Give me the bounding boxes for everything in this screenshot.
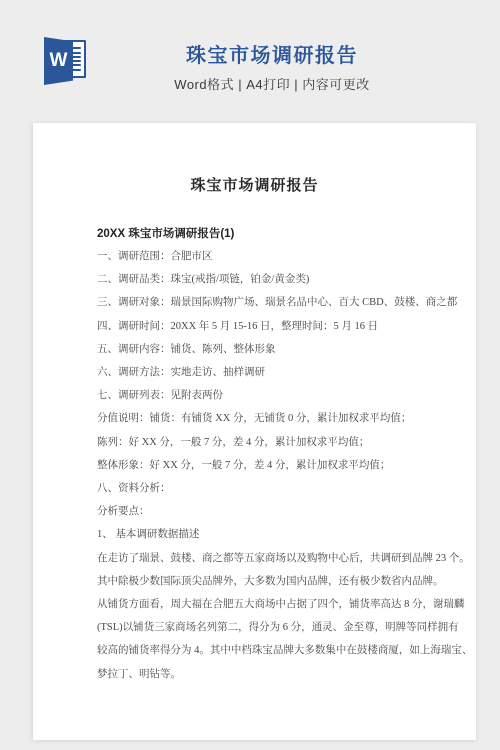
document-title: 珠宝市场调研报告: [97, 175, 412, 197]
doc-line: 陈列：好 XX 分，一般 7 分，差 4 分，累计加权求平均值；: [97, 431, 412, 454]
header-text-block: 珠宝市场调研报告 Word格式 | A4打印 | 内容可更改: [44, 0, 500, 94]
doc-line: 六、调研方法：实地走访、抽样调研: [97, 361, 412, 384]
doc-line: 较高的铺货率得分为 4。其中中档珠宝品牌大多数集中在鼓楼商厦，如上海瑞宝、: [97, 639, 412, 662]
doc-line: 整体形象：好 XX 分，一般 7 分，差 4 分，累计加权求平均值；: [97, 454, 412, 477]
header: W 珠宝市场调研报告 Word格式 | A4打印 | 内容可更改: [0, 0, 500, 123]
page-title: 珠宝市场调研报告: [44, 45, 500, 68]
doc-line: 五、调研内容：铺货、陈列、整体形象: [97, 338, 412, 361]
word-icon-flag: W: [44, 37, 73, 85]
document-heading: 20XX 珠宝市场调研报告(1): [97, 223, 412, 245]
doc-line: 分析要点：: [97, 500, 412, 523]
doc-line: 四、调研时间：20XX 年 5 月 15-16 日，整理时间：5 月 16 日: [97, 315, 412, 338]
doc-line: 八、资料分析：: [97, 477, 412, 500]
doc-line: 一、调研范围：合肥市区: [97, 245, 412, 268]
word-logo-icon: W: [44, 37, 92, 85]
doc-line: 1、 基本调研数据描述: [97, 523, 412, 546]
doc-line: 从铺货方面看，周大福在合肥五大商场中占据了四个，铺货率高达 8 分，谢瑞麟: [97, 593, 412, 616]
doc-line: 三、调研对象：瑞景国际购物广场、瑞景名品中心、百大 CBD、鼓楼、商之都: [97, 291, 412, 314]
doc-line: (TSL)以铺货三家商场名列第二，得分为 6 分，通灵、金至尊，明牌等同样拥有: [97, 616, 412, 639]
doc-line: 分值说明：铺货：有铺货 XX 分，无铺货 0 分，累计加权求平均值；: [97, 407, 412, 430]
document-body: 一、调研范围：合肥市区 二、调研品类：珠宝(戒指/项链，铂金/黄金类) 三、调研…: [97, 245, 412, 686]
doc-line: 七、调研列表：见附表两份: [97, 384, 412, 407]
doc-line: 二、调研品类：珠宝(戒指/项链，铂金/黄金类): [97, 268, 412, 291]
word-icon-letter: W: [50, 50, 68, 72]
document-page-preview: 珠宝市场调研报告 20XX 珠宝市场调研报告(1) 一、调研范围：合肥市区 二、…: [33, 123, 476, 740]
header-subtitle: Word格式 | A4打印 | 内容可更改: [44, 76, 500, 94]
doc-line: 其中除极少数国际顶尖品牌外，大多数为国内品牌，还有极少数省内品牌。: [97, 570, 412, 593]
doc-line: 在走访了瑞景、鼓楼、商之都等五家商场以及购物中心后，共调研到品牌 23 个。: [97, 547, 412, 570]
template-preview-screen: { "header": { "title": "珠宝市场调研报告", "subt…: [0, 0, 500, 750]
doc-line: 梦拉丁、明钻等。: [97, 663, 412, 686]
